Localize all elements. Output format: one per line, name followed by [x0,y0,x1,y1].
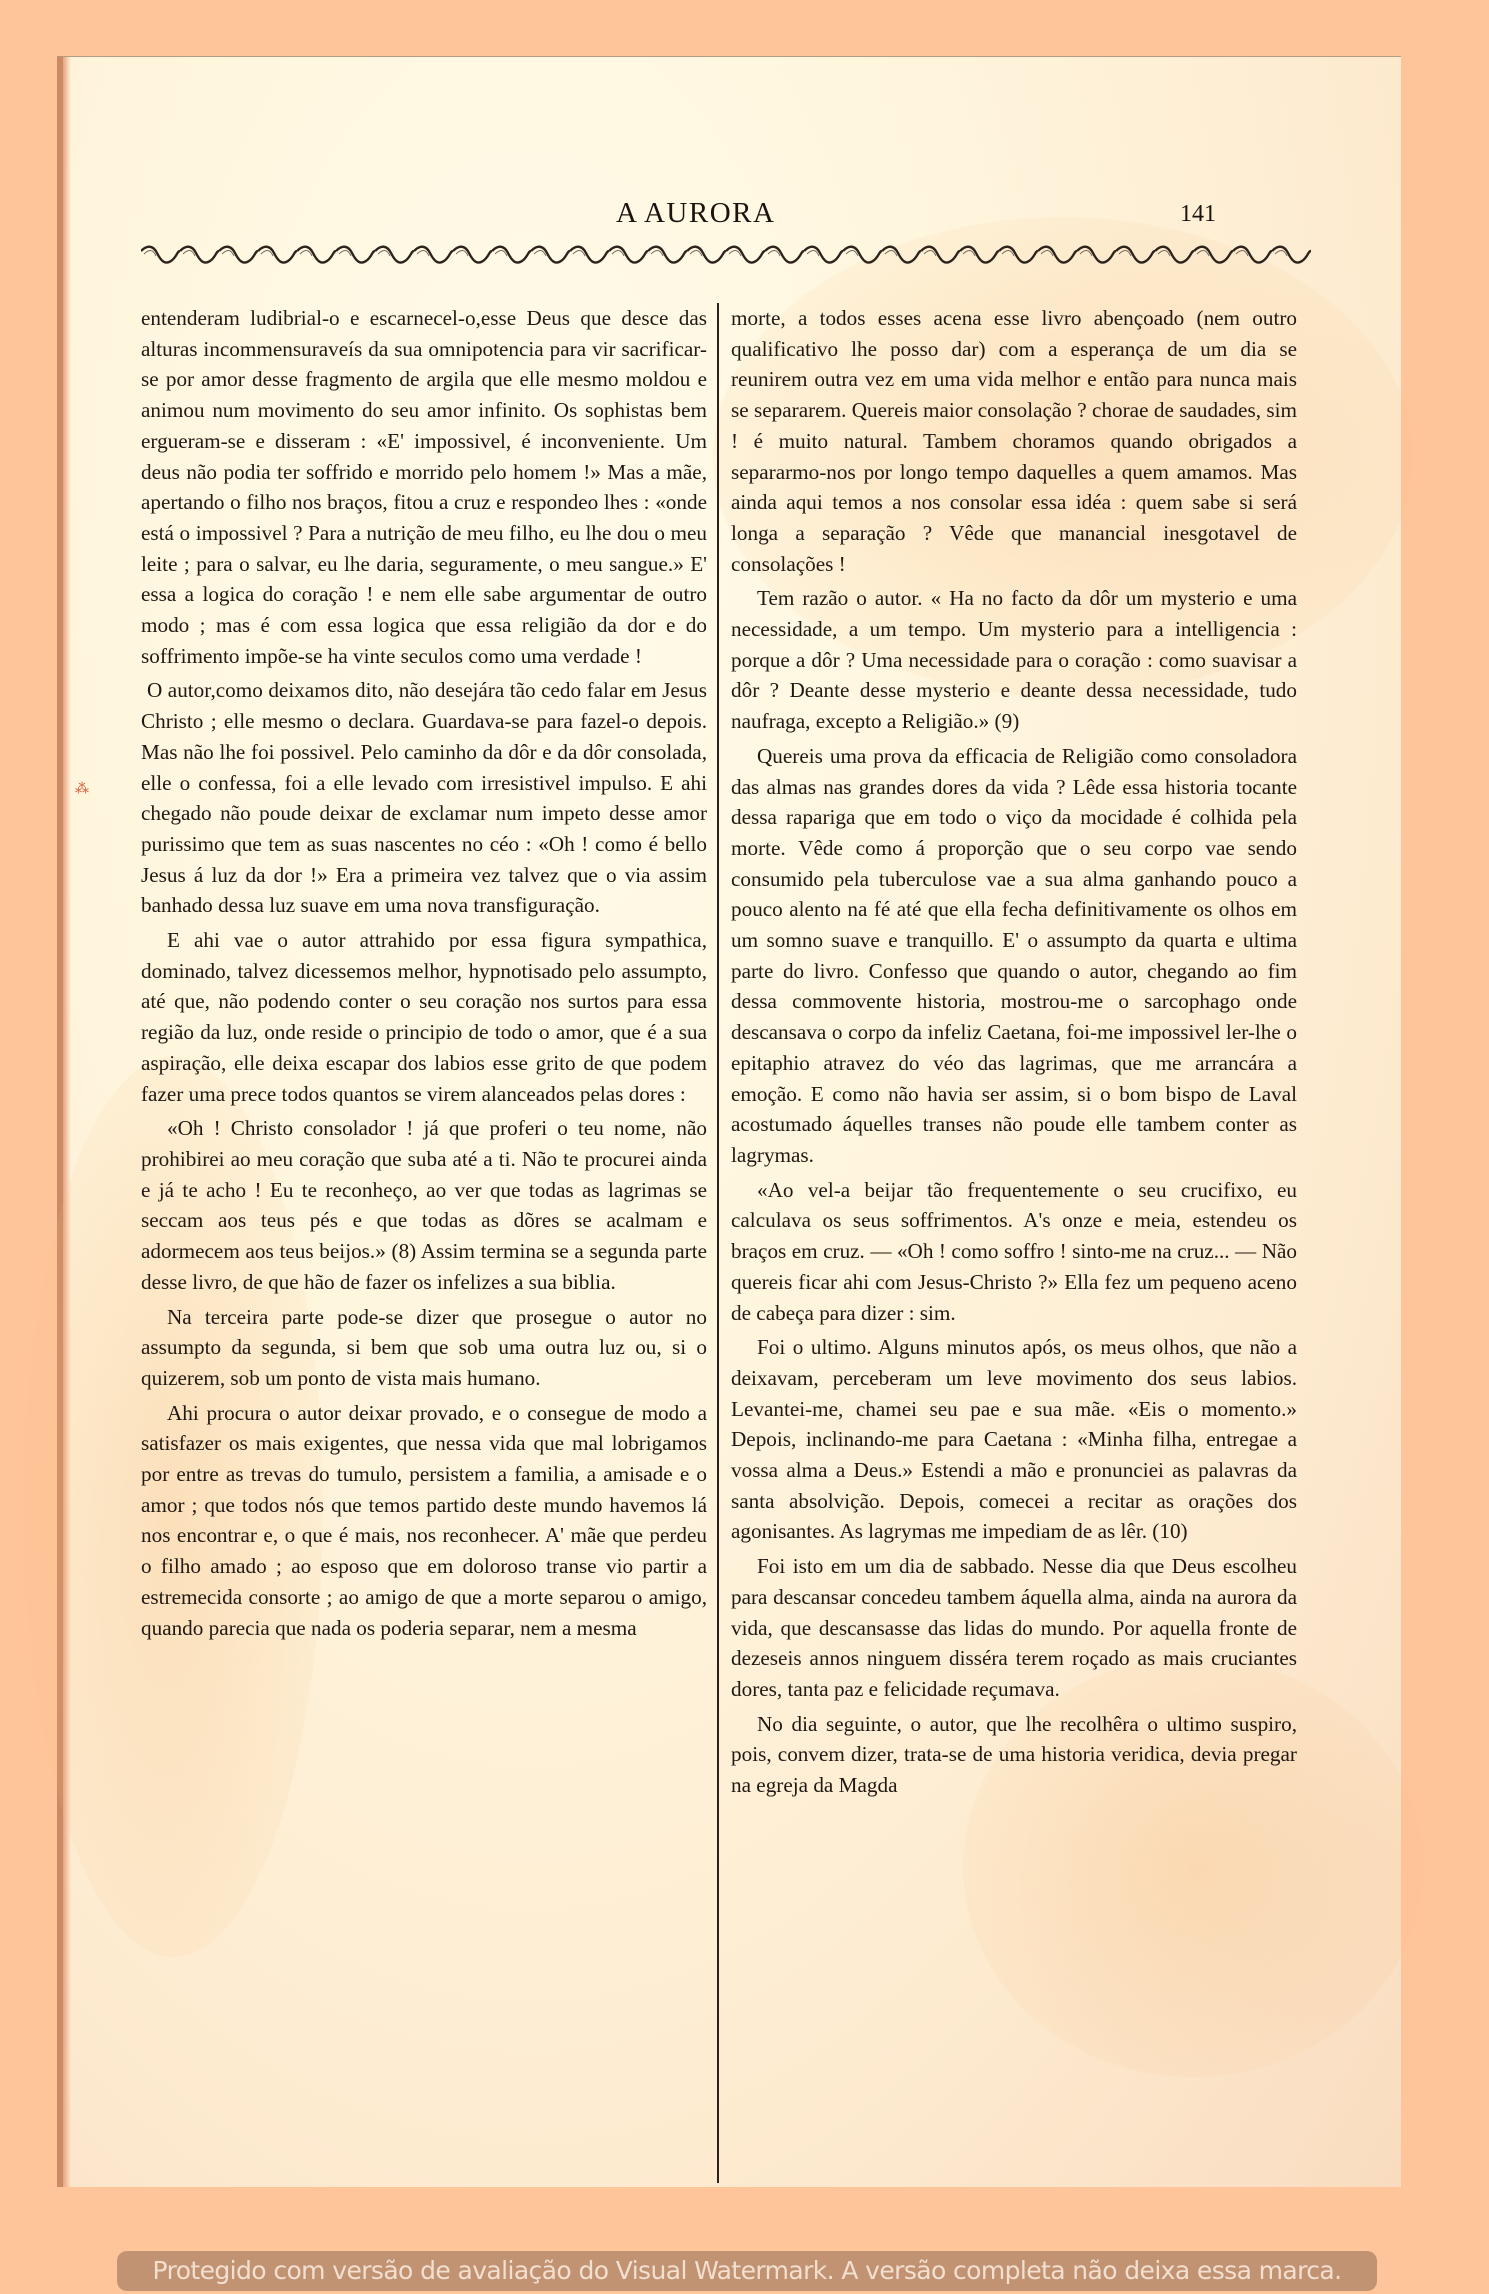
ink-speck-mark: ⁂ [75,787,85,793]
paragraph: Na terceira parte pode-se dizer que pros… [141,1302,707,1394]
page-number: 141 [1180,201,1216,228]
journal-title: A AURORA [616,197,775,230]
scanned-page: ⁂ A AURORA 141 entenderam ludibrial-o e … [57,56,1401,2187]
paragraph: morte, a todos esses acena esse livro ab… [731,303,1297,579]
left-column: entenderam ludibrial-o e escarnecel-o,es… [141,303,707,1647]
paragraph: «Ao vel-a beijar tão frequentemente o se… [731,1175,1297,1329]
paragraph: Quereis uma prova da efficacia de Religi… [731,741,1297,1171]
running-header: A AURORA 141 [63,197,1401,237]
paragraph: O autor,como deixamos dito, não desejára… [141,675,707,921]
paragraph: Foi isto em um dia de sabbado. Nesse dia… [731,1551,1297,1705]
paragraph: No dia seguinte, o autor, que lhe recolh… [731,1709,1297,1801]
paragraph: Ahi procura o autor deixar provado, e o … [141,1398,707,1644]
column-divider [717,303,719,2183]
paragraph: Foi o ultimo. Alguns minutos após, os me… [731,1332,1297,1547]
right-column: morte, a todos esses acena esse livro ab… [731,303,1297,1805]
paragraph: «Oh ! Christo consolador ! já que profer… [141,1113,707,1297]
wavy-rule-icon [141,243,1311,271]
paragraph: E ahi vae o autor attrahido por essa fig… [141,925,707,1109]
paragraph: entenderam ludibrial-o e escarnecel-o,es… [141,303,707,671]
paragraph: Tem razão o autor. « Ha no facto da dôr … [731,583,1297,737]
watermark-banner: Protegido com versão de avaliação do Vis… [117,2251,1377,2291]
